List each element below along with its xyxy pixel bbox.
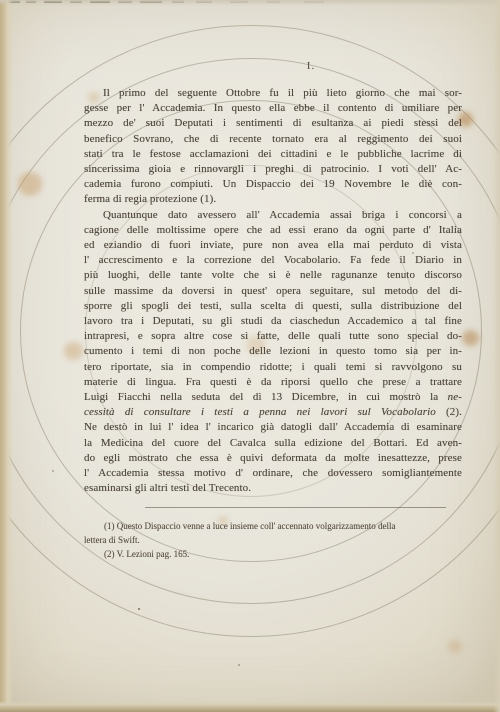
text-line: l' accrescimento e la correzione del Voc… bbox=[84, 253, 462, 268]
text-line: esaminarsi gli altri testi del Trecento. bbox=[84, 481, 462, 496]
text-line: la Medicina del cuore del Cavalca sulla … bbox=[84, 436, 462, 451]
footnote-line: (2) V. Lezioni pag. 165. bbox=[84, 548, 462, 562]
page-number: I. bbox=[296, 60, 326, 72]
text-line: do egli mostrato che essa è quivi deform… bbox=[84, 451, 462, 466]
text-line: cumento i temi di non poche delle lezion… bbox=[84, 344, 462, 359]
text-line: sulle massime da doversi in quest' opera… bbox=[84, 284, 462, 299]
footnote-line: (1) Questo Dispaccio venne a luce insiem… bbox=[84, 520, 462, 534]
text-line: materie di lingua. Fra questi è da ripor… bbox=[84, 375, 462, 390]
text-line: ferma di regia protezione (1). bbox=[84, 192, 462, 207]
page-edge-top bbox=[0, 0, 500, 6]
foxing-spot bbox=[462, 330, 479, 346]
text-line: Quantunque dato avessero all' Accademia … bbox=[84, 208, 462, 223]
main-text: Il primo del seguente Ottobre fu il più … bbox=[84, 86, 462, 496]
text-line: l' Accademia stessa motivo d' ordinare, … bbox=[84, 466, 462, 481]
text-line: mezzo de' suoi Deputati i sentimenti di … bbox=[84, 116, 462, 131]
foxing-spot bbox=[448, 640, 462, 653]
text-line: ed eziandio di fuori inviate, pure non a… bbox=[84, 238, 462, 253]
footnote-line: lettera di Swift. bbox=[84, 534, 462, 548]
previous-page-text-remnant bbox=[0, 0, 380, 6]
paper-speck bbox=[138, 608, 140, 610]
text-line: cagione delle moltissime opere che ad es… bbox=[84, 223, 462, 238]
text-segment: (2). bbox=[446, 406, 462, 418]
text-segment-italic: ne- bbox=[448, 391, 462, 403]
text-line: Luigi Fiacchi nella seduta del dì 13 Dic… bbox=[84, 390, 462, 405]
book-page: I. Il primo del seguente Ottobre fu il p… bbox=[0, 0, 500, 712]
text-line: cademia furono compiuti. Un Dispaccio de… bbox=[84, 177, 462, 192]
text-line: cessità di consultare i testi a penna ne… bbox=[84, 405, 462, 420]
foxing-spot bbox=[64, 342, 83, 360]
page-edge-bottom bbox=[0, 701, 500, 712]
text-line: stati tra le festose acclamazioni dei ci… bbox=[84, 147, 462, 162]
text-line: benefico Sovrano, che di recente tornato… bbox=[84, 132, 462, 147]
text-segment: Luigi Fiacchi nella seduta del dì 13 Dic… bbox=[84, 391, 448, 403]
footnotes: (1) Questo Dispaccio venne a luce insiem… bbox=[84, 520, 462, 561]
text-line: Ne destò in lui l' idea l' incarico già … bbox=[84, 420, 462, 435]
text-line: lavoro tra i Deputati, su gli studi da c… bbox=[84, 314, 462, 329]
paper-speck bbox=[52, 470, 54, 472]
text-segment-italic: cessità di consultare i testi a penna ne… bbox=[84, 406, 446, 418]
text-line: sincerissima gioia e rinnovargli i pregh… bbox=[84, 162, 462, 177]
text-line: tero riportate, sia in compendio ridotte… bbox=[84, 360, 462, 375]
text-line: intrapresi, e sopra altre cose sì fatte,… bbox=[84, 329, 462, 344]
footnote-divider bbox=[145, 507, 446, 508]
page-edge-left bbox=[0, 0, 13, 712]
foxing-spot bbox=[18, 172, 42, 196]
text-line: gesse per l' Accademia. In questo ella e… bbox=[84, 101, 462, 116]
page-edge-right bbox=[493, 0, 500, 712]
text-line: più luoghi, delle tante volte che si è n… bbox=[84, 268, 462, 283]
text-line: sporre gli spogli dei testi, sulla scelt… bbox=[84, 299, 462, 314]
text-line: Il primo del seguente Ottobre fu il più … bbox=[84, 86, 462, 101]
paper-speck bbox=[238, 664, 240, 666]
